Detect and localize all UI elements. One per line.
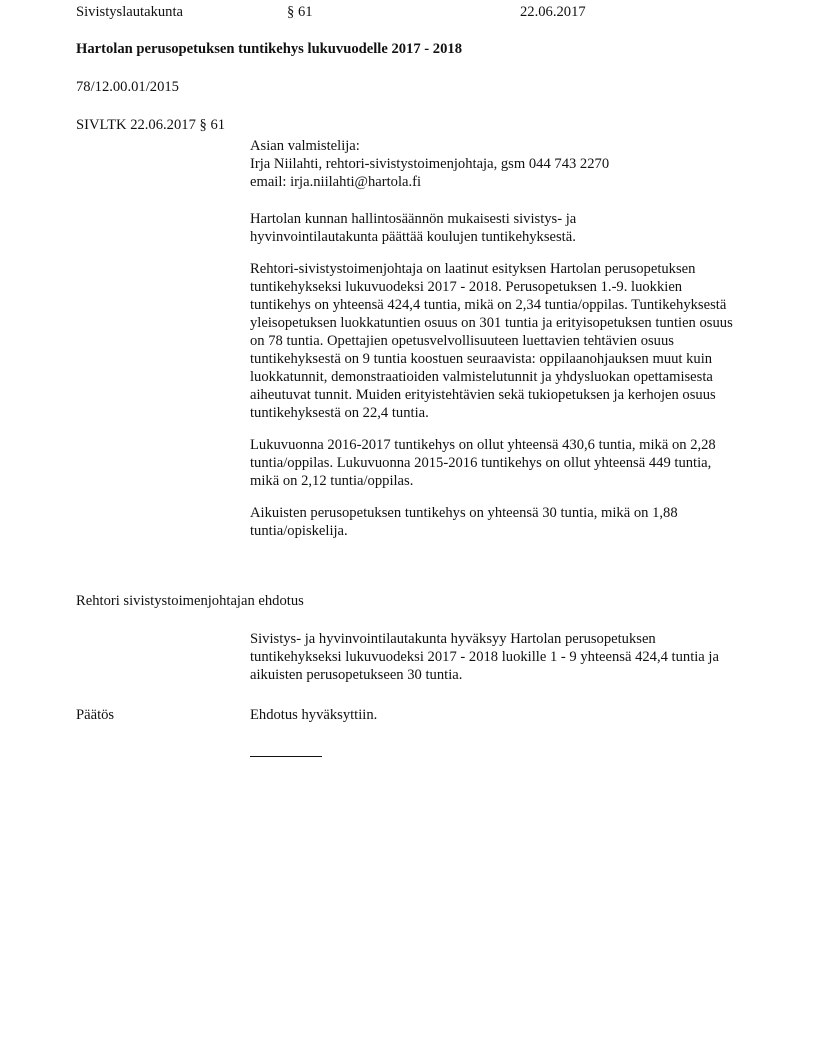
preparer-name: Irja Niilahti, rehtori-sivistystoimenjoh… <box>250 155 609 173</box>
header-section: § 61 <box>287 3 313 21</box>
decision-text: Ehdotus hyväksyttiin. <box>250 706 377 724</box>
document-title: Hartolan perusopetuksen tuntikehys lukuv… <box>76 40 462 58</box>
header-date: 22.06.2017 <box>520 3 586 21</box>
meeting-reference: SIVLTK 22.06.2017 § 61 <box>76 116 225 134</box>
decision-label: Päätös <box>76 706 114 724</box>
body-paragraph: Rehtori-sivistystoimenjohtaja on laatinu… <box>250 260 745 422</box>
signature-rule <box>250 756 322 757</box>
header-committee: Sivistyslautakunta <box>76 3 183 21</box>
body-paragraph: Hartolan kunnan hallintosäännön mukaises… <box>250 210 650 246</box>
record-number: 78/12.00.01/2015 <box>76 78 179 96</box>
body-paragraph: Lukuvuonna 2016-2017 tuntikehys on ollut… <box>250 436 725 490</box>
preparer-label: Asian valmistelija: <box>250 137 360 155</box>
proposal-label: Rehtori sivistystoimenjohtajan ehdotus <box>76 592 304 610</box>
proposal-text: Sivistys- ja hyvinvointilautakunta hyväk… <box>250 630 720 684</box>
body-text: Hartolan kunnan hallintosäännön mukaises… <box>250 210 760 554</box>
body-paragraph: Aikuisten perusopetuksen tuntikehys on y… <box>250 504 730 540</box>
preparer-email: email: irja.niilahti@hartola.fi <box>250 173 421 191</box>
